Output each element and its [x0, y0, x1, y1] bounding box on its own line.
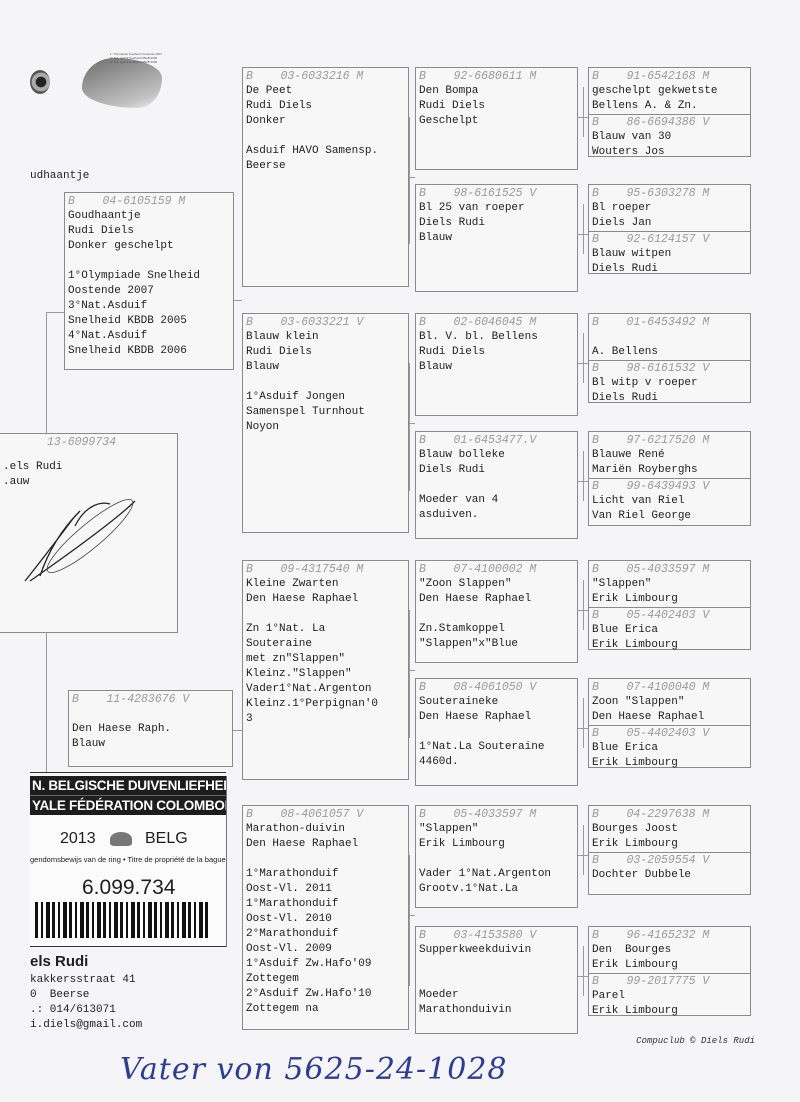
- info-line: Licht van Riel: [592, 494, 747, 509]
- info-line: [419, 607, 574, 622]
- ring-number-large: 6.099.734: [82, 876, 175, 900]
- info-line: Erik Limbourg: [592, 638, 747, 653]
- handwritten-note: Vater von 5625-24-1028: [120, 1052, 508, 1087]
- ancestor-pair-card: B 95-6303278 MBl roeperDiels JanB 92-612…: [588, 184, 751, 274]
- ring-number: B 99-6439493 V: [592, 479, 747, 494]
- info-line: Rudi Diels: [419, 99, 574, 114]
- info-line: Diels Rudi: [592, 262, 747, 277]
- info-line: [592, 883, 747, 898]
- info-line: Blue Erica: [592, 741, 747, 756]
- pair-divider: B 05-4402403 V: [589, 725, 750, 741]
- owner-line: Den Haese Raph.: [72, 722, 229, 737]
- ancestor-pair-card: B 04-2297638 MBourges JoostErik Limbourg…: [588, 805, 751, 895]
- divider: [30, 772, 226, 773]
- sire-card: B 04-6105159 M Goudhaantje Rudi Diels Do…: [64, 192, 234, 370]
- ring-country: BELG: [145, 830, 188, 848]
- owner-name: els Rudi: [30, 954, 142, 969]
- great-grandparent-card: B 08-4061050 VSouterainekeDen Haese Raph…: [415, 678, 578, 786]
- connector-line: [234, 300, 242, 301]
- owner-line: .els Rudi: [3, 460, 174, 475]
- connector-line: [583, 580, 584, 630]
- info-line: A. Bellens: [592, 345, 747, 360]
- connector-line: [583, 87, 584, 137]
- owner-phone: .: 014/613071: [30, 1003, 142, 1018]
- ring-number: B 04-2297638 M: [592, 807, 747, 822]
- ring-number: B 01-6453477.V: [419, 433, 574, 448]
- ancestor-pair-card: B 01-6453492 MA. BellensB 98-6161532 VBl…: [588, 313, 751, 403]
- info-line: Bl 25 van roeper: [419, 201, 574, 216]
- great-grandparent-card: B 05-4033597 M"Slappen"Erik LimbourgVade…: [415, 805, 578, 908]
- pigeon-image-icon: [82, 58, 162, 108]
- ring-number: B 95-6303278 M: [592, 186, 747, 201]
- info-line: Noyon: [246, 420, 405, 435]
- ring-number: B 03-6033216 M: [246, 69, 405, 84]
- info-line: Grootv.1°Nat.La: [419, 882, 574, 897]
- info-line: met zn"Slappen": [246, 652, 405, 667]
- info-line: Blauw klein: [246, 330, 405, 345]
- ring-number: 13-6099734: [3, 435, 174, 450]
- info-line: Mariën Roybergh­s: [592, 463, 747, 478]
- info-line: Souteraineke: [419, 695, 574, 710]
- connector-line: [583, 451, 584, 501]
- info-line: Samenspel Turnhout: [246, 405, 405, 420]
- info-line: 1°Marathonduif: [246, 867, 405, 882]
- info-line: 4460d.: [419, 755, 574, 770]
- info-line: Oost-Vl. 2009: [246, 942, 405, 957]
- ring-number: B 05-4033597 M: [419, 807, 574, 822]
- info-line: Blauw: [246, 360, 405, 375]
- result-line: Oostende 2007: [68, 284, 230, 299]
- info-line: Erik Limbourg: [592, 837, 747, 852]
- info-line: geschelpt gekwetste: [592, 84, 747, 99]
- result-line: Snelheid KBDB 2005: [68, 314, 230, 329]
- info-line: Kleine Zwarten: [246, 577, 405, 592]
- ring-number: B 86-6694386 V: [592, 115, 747, 130]
- info-line: [246, 129, 405, 144]
- owner-email[interactable]: i.diels@gmail.com: [30, 1018, 142, 1033]
- blank-line: [68, 254, 230, 269]
- info-line: Den Haese Raphael: [246, 592, 405, 607]
- info-line: Zn 1°Nat. La: [246, 622, 405, 637]
- info-line: Blue Erica: [592, 623, 747, 638]
- info-line: Diels Rudi: [419, 463, 574, 478]
- info-line: 1°Asduif Zw.Hafo'09: [246, 957, 405, 972]
- ring-number: B 07-4100002 M: [419, 562, 574, 577]
- info-line: "Slappen": [419, 822, 574, 837]
- info-line: [419, 958, 574, 973]
- great-grandparent-card: B 02-6046045 MBl. V. bl. BellensRudi Die…: [415, 313, 578, 416]
- ring-year: 2013: [60, 830, 96, 848]
- owner-line: Rudi Diels: [68, 224, 230, 239]
- info-line: Bl witp v roeper: [592, 376, 747, 391]
- owner-city: 0 Beerse: [30, 988, 142, 1003]
- pair-divider: B 99-2017775 V: [589, 973, 750, 989]
- info-line: Vader 1°Nat.Argenton: [419, 867, 574, 882]
- connector-line: [409, 610, 410, 738]
- result-line: 4°Nat.Asduif: [68, 329, 230, 344]
- info-line: Den Haese Raphael: [419, 592, 574, 607]
- ring-number: B 99-2017775 V: [592, 974, 747, 989]
- info-line: Blauw: [419, 360, 574, 375]
- info-line: Diels Rudi: [419, 216, 574, 231]
- info-line: Blauwe René: [592, 448, 747, 463]
- grandparent-card: B 03-6033216 MDe PeetRudi DielsDonkerAsd…: [242, 67, 409, 287]
- info-line: De Peet: [246, 84, 405, 99]
- info-line: Wouters Jos: [592, 145, 747, 160]
- ring-number: B 03-6033221 V: [246, 315, 405, 330]
- ring-number: B 03-4153580 V: [419, 928, 574, 943]
- info-line: Van Riel George: [592, 509, 747, 524]
- result-line: 1°Olympiade Snelheid: [68, 269, 230, 284]
- info-line: Den Haese Raphael: [592, 710, 747, 725]
- info-line: Zottegem na: [246, 1002, 405, 1017]
- info-line: Souteraine: [246, 637, 405, 652]
- ring-number: B 05-4033597 M: [592, 562, 747, 577]
- signature-icon: [20, 496, 140, 586]
- info-line: Oost-Vl. 2010: [246, 912, 405, 927]
- federation-name-nl: N. BELGISCHE DUIVENLIEFHEBBERSBOND: [30, 776, 226, 795]
- info-line: Blauw bolleke: [419, 448, 574, 463]
- info-line: [592, 330, 747, 345]
- great-grandparent-card: B 03-4153580 VSupperkweekduivinMoederMar…: [415, 926, 578, 1034]
- dam-card: B 11-4283676 V Den Haese Raph. Blauw: [68, 690, 233, 767]
- info-line: 3: [246, 712, 405, 727]
- ring-number: B 97-6217520 M: [592, 433, 747, 448]
- info-line: Blauw witpen: [592, 247, 747, 262]
- pigeon-photo: 1° Olympiade Snelheid Oostende 2007 3° N…: [20, 52, 180, 127]
- info-line: [419, 973, 574, 988]
- info-line: Diels Rudi: [592, 391, 747, 406]
- barcode-icon: [35, 902, 210, 938]
- info-line: Blauw van 30: [592, 130, 747, 145]
- info-line: [246, 852, 405, 867]
- info-line: [246, 607, 405, 622]
- ring-number: B 03-2059554 V: [592, 853, 747, 868]
- info-line: [419, 725, 574, 740]
- info-line: Kleinz."Slappen": [246, 667, 405, 682]
- ownership-text: gendomsbewijs van de ring • Titre de pro…: [30, 855, 226, 864]
- info-line: Erik Limbourg: [419, 837, 574, 852]
- info-line: "Slappen"x"Blue: [419, 637, 574, 652]
- info-line: Den Bompa: [419, 84, 574, 99]
- info-line: Rudi Diels: [246, 99, 405, 114]
- info-line: 1°Nat.La Souteraine: [419, 740, 574, 755]
- info-line: Erik Limbourg: [592, 592, 747, 607]
- grandparent-card: B 08-4061057 VMarathon-duivinDen Haese R…: [242, 805, 409, 1030]
- pair-divider: B 98-6161532 V: [589, 360, 750, 376]
- federation-name-fr: YALE FÉDÉRATION COLOMBOPHILE BELGE: [30, 795, 226, 815]
- info-line: Bl roeper: [592, 201, 747, 216]
- ring-number: B 09-4317540 M: [246, 562, 405, 577]
- ring-number: B 08-4061057 V: [246, 807, 405, 822]
- info-line: Erik Limbourg: [592, 1004, 747, 1019]
- info-line: Dochter Dubbele: [592, 868, 747, 883]
- connector-line: [583, 204, 584, 254]
- info-line: Oost-Vl. 2011: [246, 882, 405, 897]
- info-line: Geschelpt: [419, 114, 574, 129]
- ring-number: B 11-4283676 V: [72, 692, 229, 707]
- info-line: Marathonduivin: [419, 1003, 574, 1018]
- subject-pigeon-card: 13-6099734 .els Rudi .auw: [0, 433, 178, 633]
- ring-number: B 96-4165232 M: [592, 928, 747, 943]
- pair-divider: B 05-4402403 V: [589, 607, 750, 623]
- ring-number: B 08-4061050 V: [419, 680, 574, 695]
- connector-line: [583, 333, 584, 383]
- ring-number: B 92-6680611 M: [419, 69, 574, 84]
- ring-number: B 02-6046045 M: [419, 315, 574, 330]
- connector-line: [409, 855, 410, 986]
- info-line: Diels Jan: [592, 216, 747, 231]
- connector-line: [409, 363, 410, 491]
- pair-divider: B 99-6439493 V: [589, 478, 750, 494]
- info-line: Erik Limbourg: [592, 958, 747, 973]
- great-grandparent-card: B 92-6680611 MDen BompaRudi DielsGeschel…: [415, 67, 578, 170]
- footer-credit: Compuclub © Diels Rudi: [636, 1036, 755, 1046]
- owner-address: kakkersstraat 41: [30, 973, 142, 988]
- color-line: .auw: [3, 475, 174, 490]
- ancestor-pair-card: B 05-4033597 M"Slappen"Erik LimbourgB 05…: [588, 560, 751, 650]
- ring-number: B 07-4100040 M: [592, 680, 747, 695]
- info-line: 2°Asduif Zw.Hafo'10: [246, 987, 405, 1002]
- info-line: Zoon "Slappen": [592, 695, 747, 710]
- ring-number: B 98-6161532 V: [592, 361, 747, 376]
- great-grandparent-card: B 98-6161525 VBl 25 van roeperDiels Rudi…: [415, 184, 578, 292]
- info-line: "Zoon Slappen": [419, 577, 574, 592]
- ring-number: B 98-6161525 V: [419, 186, 574, 201]
- info-line: Erik Limbourg: [592, 756, 747, 771]
- ring-number: B 05-4402403 V: [592, 608, 747, 623]
- info-line: Donker: [246, 114, 405, 129]
- connector-line: [409, 117, 410, 244]
- result-line: Snelheid KBDB 2006: [68, 344, 230, 359]
- great-grandparent-card: B 07-4100002 M"Zoon Slappen"Den Haese Ra…: [415, 560, 578, 663]
- grandparent-card: B 09-4317540 MKleine ZwartenDen Haese Ra…: [242, 560, 409, 780]
- info-line: Den Haese Raphael: [419, 710, 574, 725]
- ancestor-pair-card: B 97-6217520 MBlauwe RenéMariën Roybergh…: [588, 431, 751, 526]
- blank-line: [72, 707, 229, 722]
- ring-number: B 01-6453492 M: [592, 315, 747, 330]
- connector-line: [583, 698, 584, 748]
- ring-ownership-card: N. BELGISCHE DUIVENLIEFHEBBERSBOND YALE …: [30, 776, 227, 947]
- info-line: Bl. V. bl. Bellens: [419, 330, 574, 345]
- connector-line: [46, 633, 47, 773]
- info-line: Parel: [592, 989, 747, 1004]
- info-line: asduiven.: [419, 508, 574, 523]
- info-line: 1°Marathonduif: [246, 897, 405, 912]
- info-line: Den Bourges: [592, 943, 747, 958]
- ancestor-pair-card: B 91-6542168 Mgeschelpt gekwetsteBellens…: [588, 67, 751, 157]
- info-line: Vader1°Nat.Argenton: [246, 682, 405, 697]
- photo-caption: 1° Olympiade Snelheid Oostende 2007 3° N…: [110, 52, 162, 64]
- ancestor-pair-card: B 96-4165232 MDen BourgesErik LimbourgB …: [588, 926, 751, 1016]
- divider: [30, 946, 226, 947]
- info-line: Moeder: [419, 988, 574, 1003]
- connector-line: [46, 312, 47, 434]
- info-line: [419, 852, 574, 867]
- color-line: Blauw: [72, 737, 229, 752]
- info-line: Zn.Stamkoppel: [419, 622, 574, 637]
- pair-divider: B 92-6124157 V: [589, 231, 750, 247]
- pigeon-name-title: udhaantje: [30, 170, 89, 182]
- result-line: 3°Nat.Asduif: [68, 299, 230, 314]
- info-line: "Slappen": [592, 577, 747, 592]
- ring-number: B 91-6542168 M: [592, 69, 747, 84]
- info-line: Blauw: [419, 231, 574, 246]
- info-line: Rudi Diels: [246, 345, 405, 360]
- ring-number: B 05-4402403 V: [592, 726, 747, 741]
- info-line: Den Haese Raphael: [246, 837, 405, 852]
- eye-photo-icon: [30, 70, 50, 94]
- info-line: Marathon-duivin: [246, 822, 405, 837]
- ring-number: B 92-6124157 V: [592, 232, 747, 247]
- ring-number: B 04-6105159 M: [68, 194, 230, 209]
- pigeon-name: Goudhaantje: [68, 209, 230, 224]
- info-line: Asduif HAVO Samensp.: [246, 144, 405, 159]
- grandparent-card: B 03-6033221 VBlauw kleinRudi DielsBlauw…: [242, 313, 409, 533]
- info-line: Moeder van 4: [419, 493, 574, 508]
- info-line: Beerse: [246, 159, 405, 174]
- crown-icon: [110, 832, 132, 846]
- owner-info: els Rudi kakkersstraat 41 0 Beerse .: 01…: [30, 954, 142, 1033]
- info-line: Bourges Joost: [592, 822, 747, 837]
- color-line: Donker geschelpt: [68, 239, 230, 254]
- info-line: [246, 375, 405, 390]
- pedigree-page: 1° Olympiade Snelheid Oostende 2007 3° N…: [0, 0, 800, 1102]
- info-line: [419, 478, 574, 493]
- connector-line: [46, 312, 64, 313]
- info-line: Rudi Diels: [419, 345, 574, 360]
- info-line: 1°Asduif Jongen: [246, 390, 405, 405]
- info-line: Zottegem: [246, 972, 405, 987]
- info-line: 2°Marathonduif: [246, 927, 405, 942]
- pair-divider: B 86-6694386 V: [589, 114, 750, 130]
- pair-divider: B 03-2059554 V: [589, 852, 750, 868]
- info-line: Kleinz.1°Perpignan'0: [246, 697, 405, 712]
- great-grandparent-card: B 01-6453477.VBlauw bollekeDiels RudiMoe…: [415, 431, 578, 539]
- connector-line: [583, 825, 584, 875]
- info-line: Bellens A. & Zn.: [592, 99, 747, 114]
- ancestor-pair-card: B 07-4100040 MZoon "Slappen"Den Haese Ra…: [588, 678, 751, 768]
- connector-line: [583, 946, 584, 996]
- info-line: Supperkweekduivin: [419, 943, 574, 958]
- connector-line: [233, 730, 242, 731]
